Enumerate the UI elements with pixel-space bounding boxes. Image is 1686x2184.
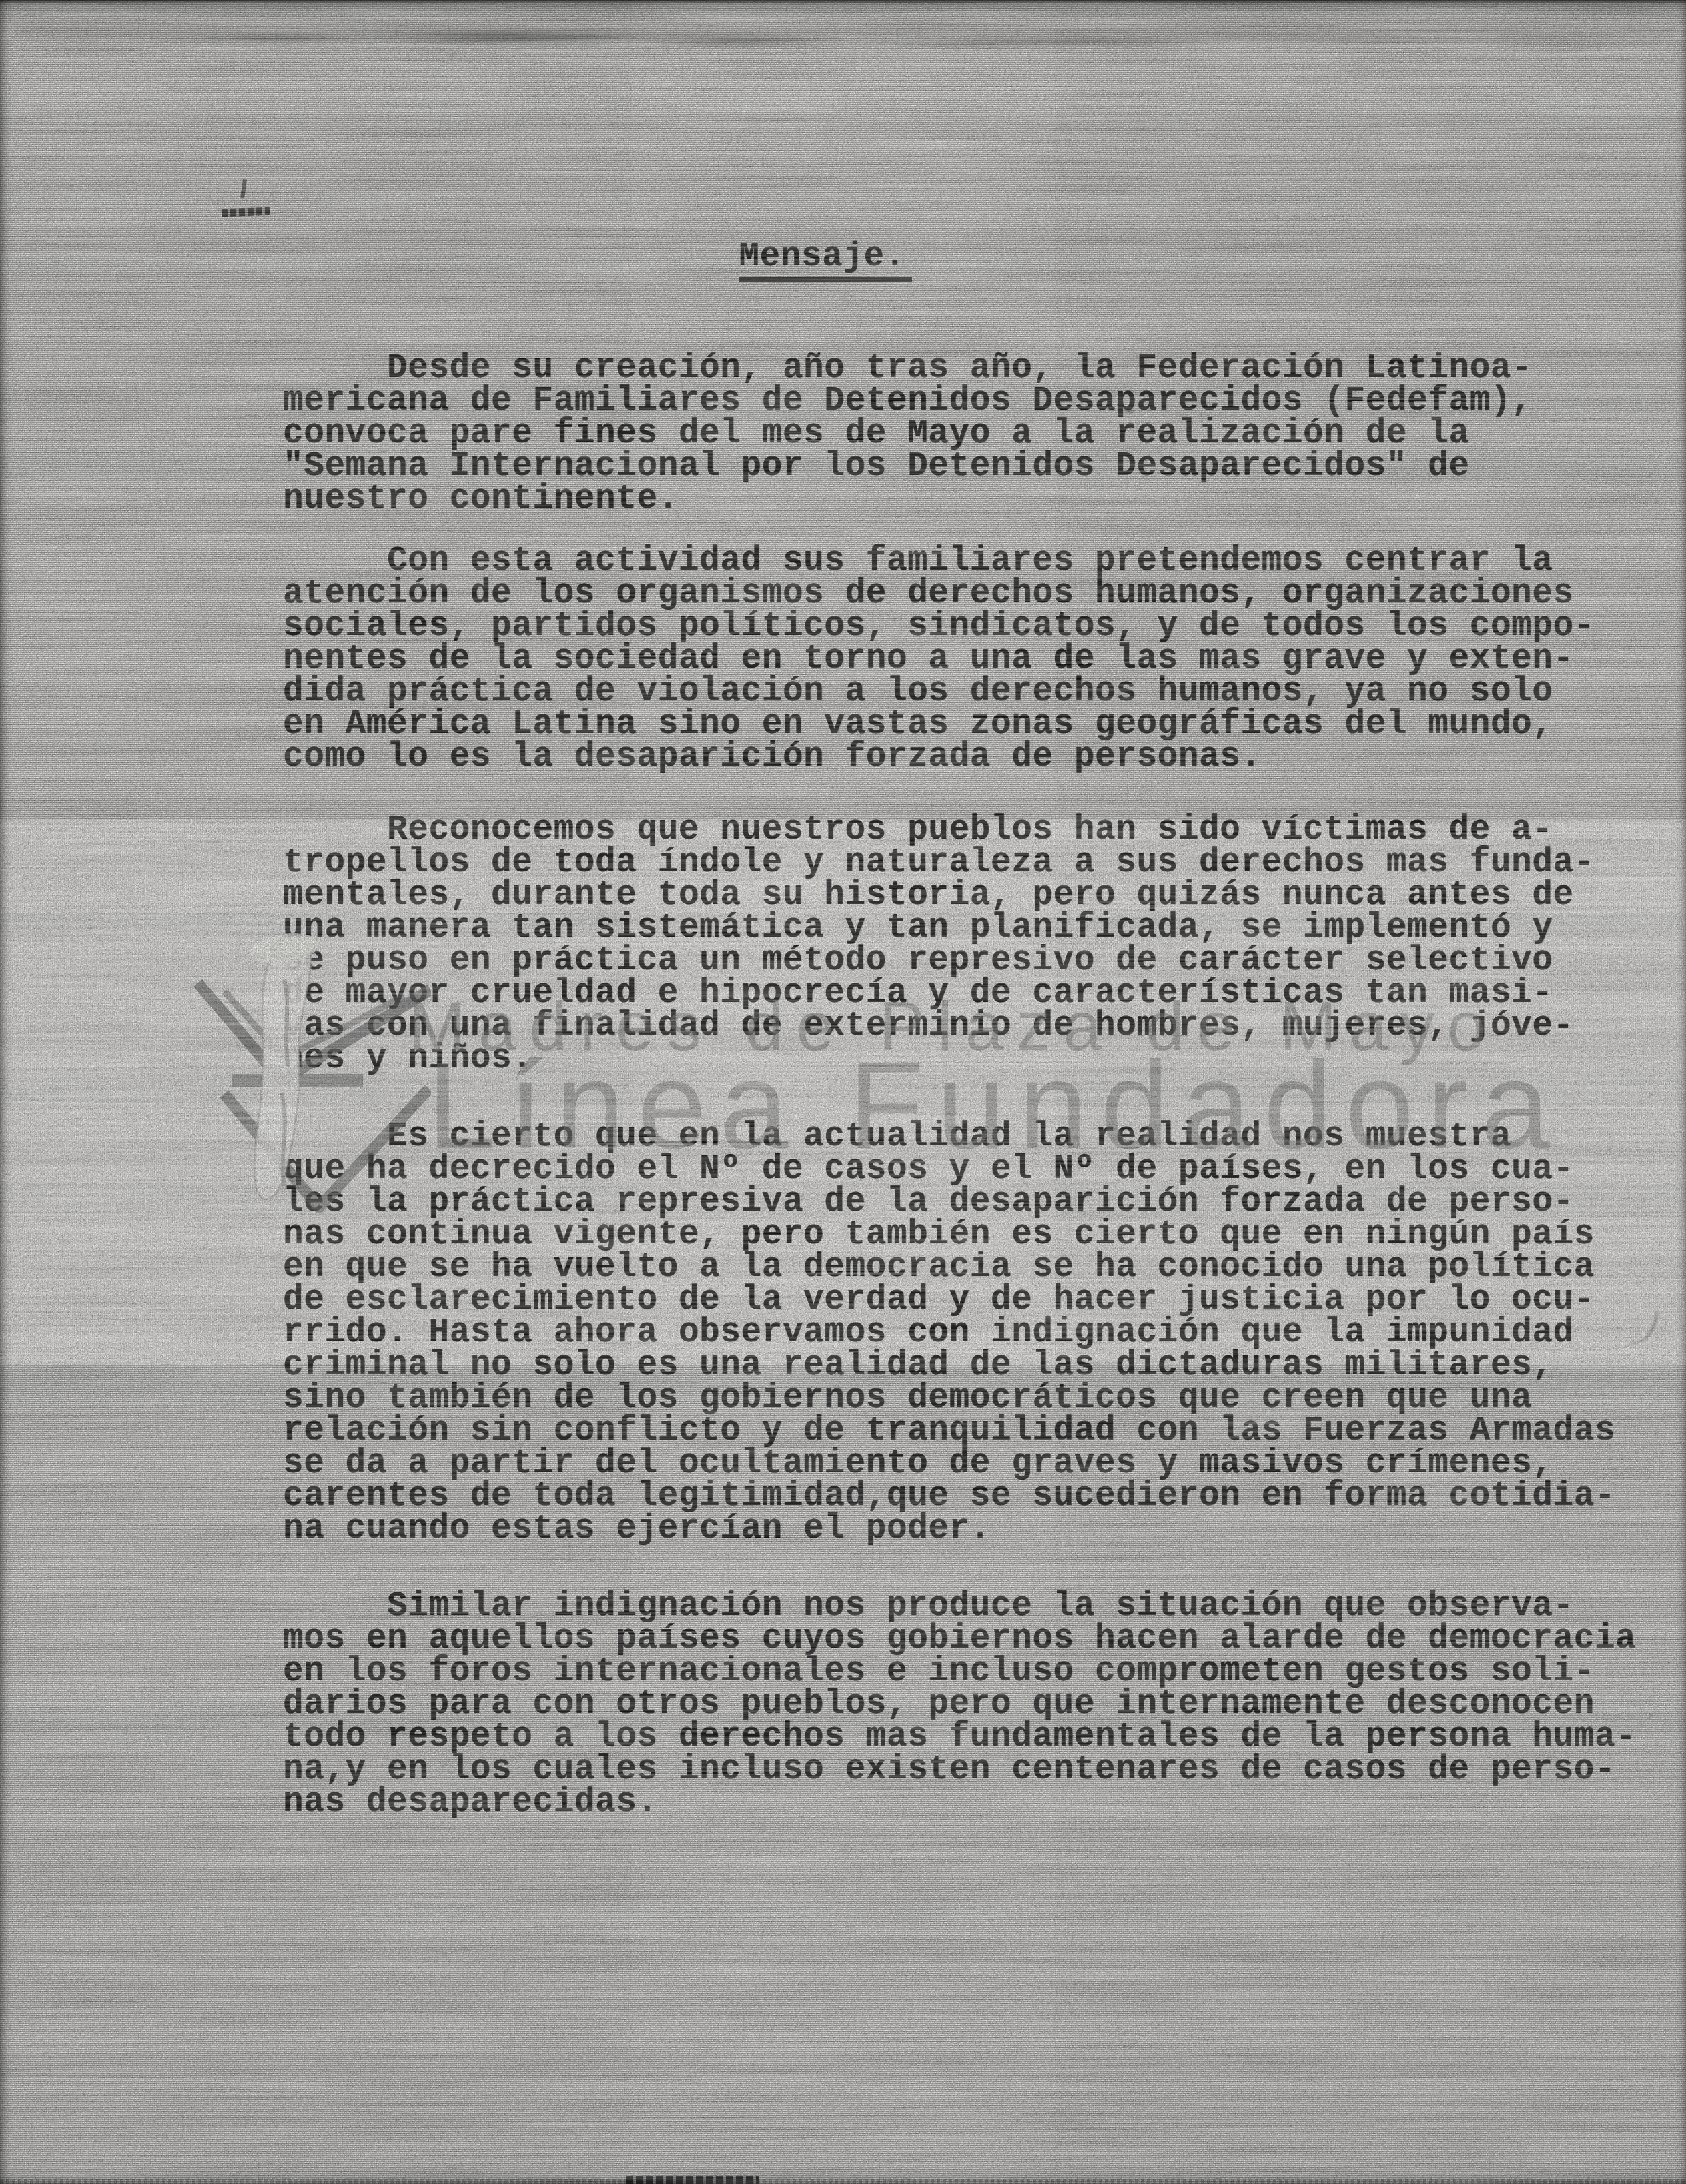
paragraph-1: Desde su creación, año tras año, la Fede… [283,352,1532,516]
paragraph-4: Es cierto que en la actualidad la realid… [283,1121,1615,1546]
paragraph-3: Reconocemos que nuestros pueblos han sid… [283,814,1595,1075]
document-title-text: Mensaje. [739,241,912,282]
paragraph-2: Con esta actividad sus familiares preten… [283,545,1595,774]
typed-text-layer: Mensaje. Desde su creación, año tras año… [0,0,1686,2184]
document-title: Mensaje. [614,208,912,315]
scanned-document-page: Mensaje. Desde su creación, año tras año… [0,0,1686,2184]
paragraph-5: Similar indignación nos produce la situa… [283,1590,1636,1819]
